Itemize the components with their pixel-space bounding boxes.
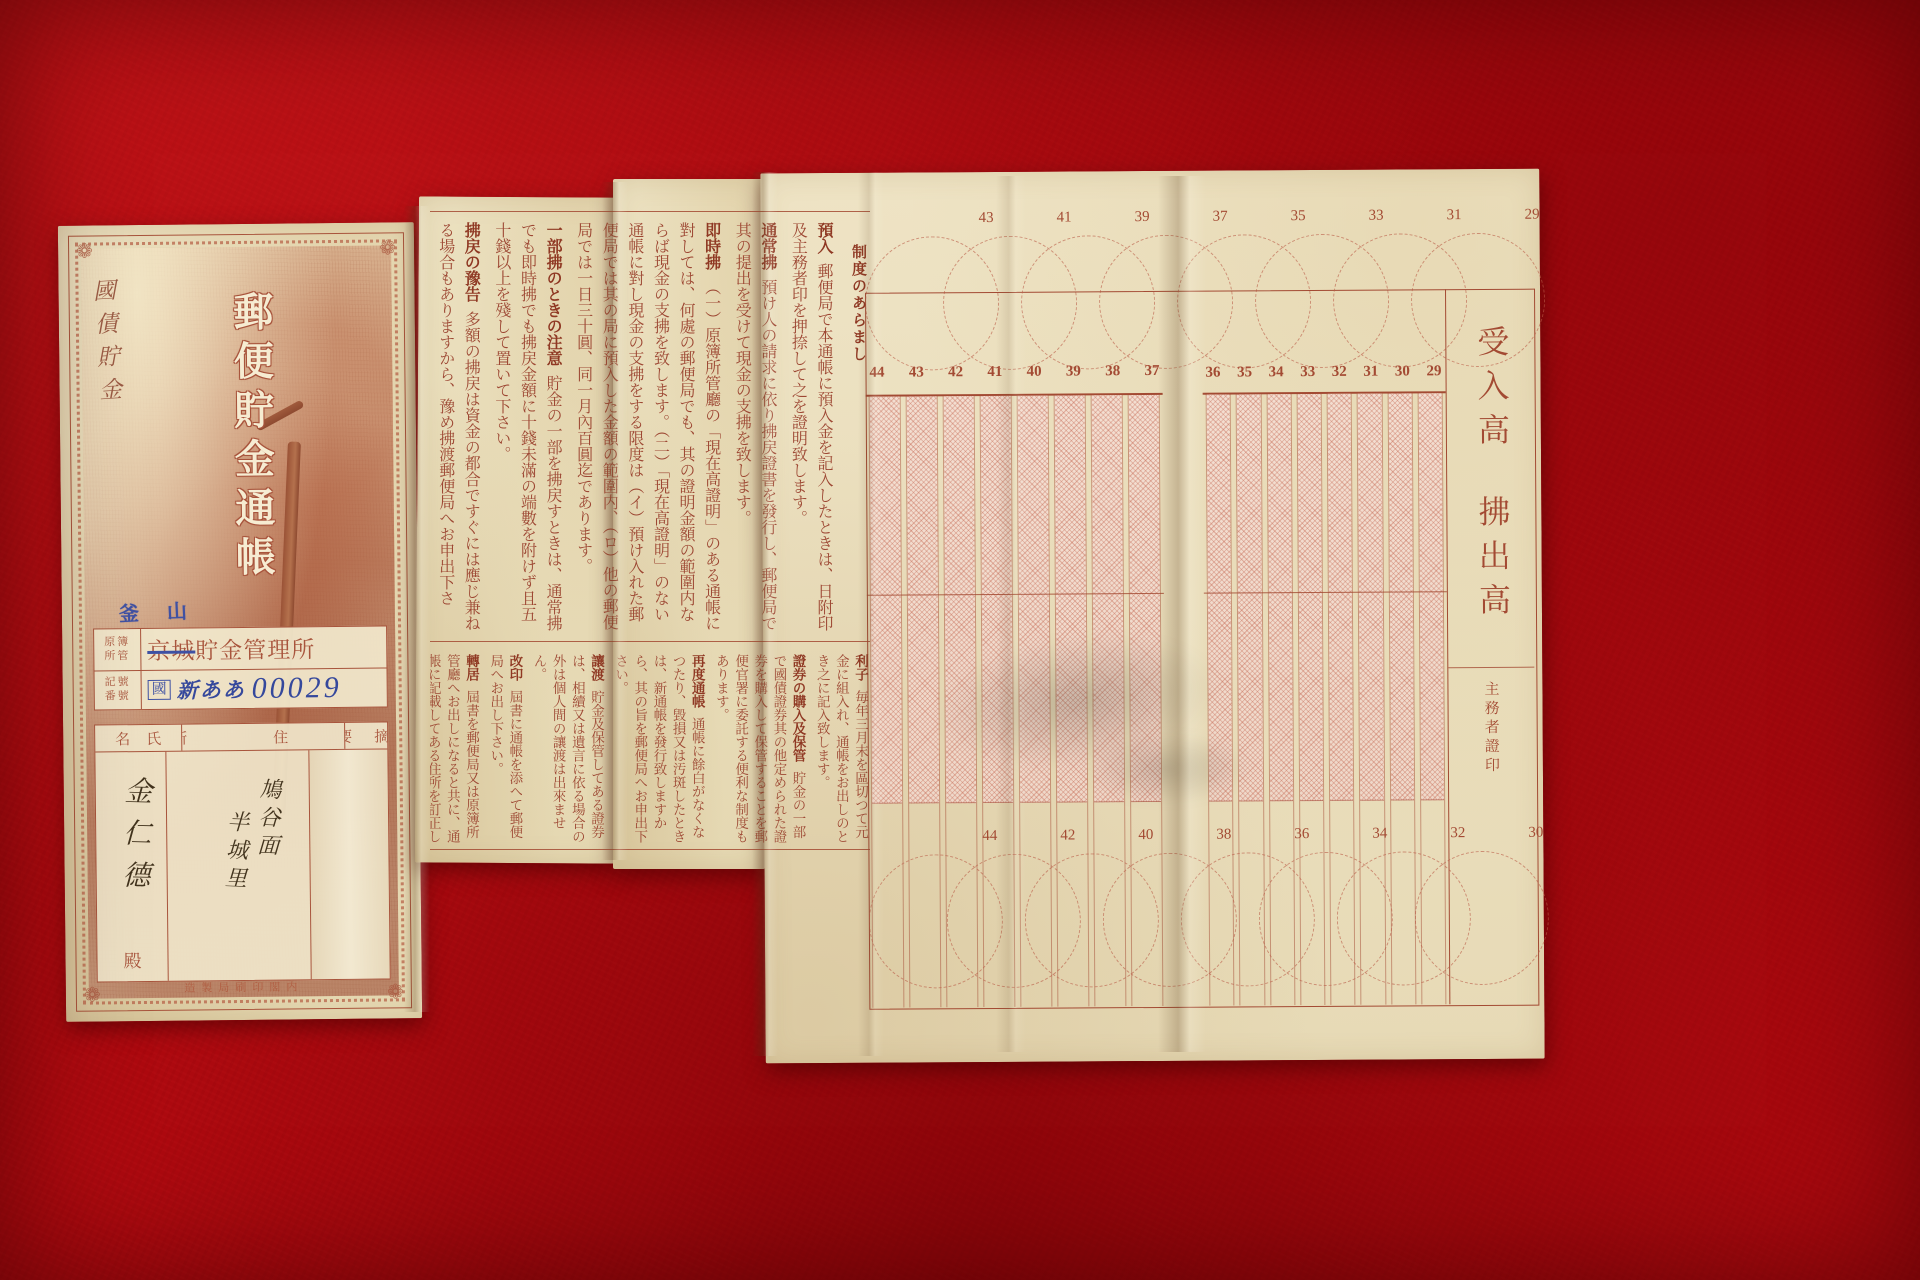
cover-title: 郵便貯金通帳 xyxy=(222,291,282,622)
label-divider xyxy=(1448,667,1534,669)
hatch-fill xyxy=(1388,393,1414,800)
registry-office-label: 原簿 所管 xyxy=(94,629,141,670)
hatch-fill xyxy=(944,396,976,803)
note-cell xyxy=(309,749,389,978)
hatch-fill xyxy=(1358,394,1384,801)
section-body: 貯金及保管してある證券は、相續又は遺言に依る場合の外は個人間の讓渡は出來ません。 xyxy=(532,654,604,843)
circle-number: 40 xyxy=(1138,827,1153,844)
section-heading: 讓渡 xyxy=(589,654,604,681)
section-heading: 通常拂 xyxy=(759,222,776,270)
section-heading: 改印 xyxy=(507,654,522,681)
circle-number: 41 xyxy=(1057,209,1072,226)
instructions-bottom-half: 利子毎年三月末を區切つて元金に組入れ、通帳をお出しのとき之に記入致します。 證券… xyxy=(430,654,870,846)
circle-number: 33 xyxy=(1369,208,1384,225)
instruction-sections-bottom: 利子毎年三月末を區切つて元金に組入れ、通帳をお出しのとき之に記入致します。 證券… xyxy=(430,654,870,846)
instruction-section: 通常拂預け人の請求に依り拂戻證書を發行し、郵便局で其の提出を受けて現金の支拂を致… xyxy=(729,222,780,634)
hatch-fill xyxy=(1055,395,1087,802)
instructions-header: 制度のあらまし xyxy=(846,222,870,634)
circle-number: 30 xyxy=(1528,825,1543,842)
cover-frame: ❁ ❁ ❁ ❁ 國債貯金 郵便貯金通帳 釜山 原簿 所管 京城貯金管理所 xyxy=(68,232,412,1011)
busan-stamp: 釜山 xyxy=(118,594,215,627)
hatch-fill xyxy=(1267,394,1293,801)
grid-sheet-panel: 4443424140393837 3635343332313029 受入高 拂出… xyxy=(760,169,1544,1064)
holder-table-header: 名氏 所住 要摘 xyxy=(95,722,387,752)
honorific-suffix: 殿 xyxy=(97,946,167,973)
section-heading: 轉居 xyxy=(464,654,479,681)
withdrawals-label: 拂出高 xyxy=(1469,495,1516,627)
section-heading: 利子 xyxy=(853,654,868,681)
instruction-section: 一部拂のときの注意貯金の一部を拂戻すときは、通常拂でも即時拂でも拂戻金額に十錢未… xyxy=(488,222,565,634)
stamp-circles-top: 43 41 39 37 35 33 31 29 xyxy=(865,233,1534,371)
circle-number: 43 xyxy=(979,210,994,227)
instruction-section: 證券の購入及保管貯金の一部で國債證券其の他定められた證券を購入して保管することを… xyxy=(712,654,808,846)
circle-number: 31 xyxy=(1447,207,1462,224)
circle-number: 37 xyxy=(1213,209,1228,226)
hatch-fill xyxy=(1418,393,1444,800)
hatch-fill xyxy=(907,396,939,803)
holder-table: 名氏 所住 要摘 金仁德 殿 鳩谷面 半城里 xyxy=(94,721,391,982)
hatch-fill xyxy=(1328,394,1354,801)
registry-box: 原簿 所管 京城貯金管理所 記號 番號 國 新ああ 00029 xyxy=(93,625,388,710)
section-body: （一）原簿所管廳の「現在高證明」のある通帳に對しては、何處の郵便局でも、其の證明… xyxy=(575,222,720,631)
section-heading: 即時拂 xyxy=(703,222,720,270)
serial-row: 記號 番號 國 新ああ 00029 xyxy=(95,667,387,709)
hatch-fill xyxy=(1297,394,1323,801)
circle-number: 34 xyxy=(1372,826,1387,843)
section-heading: 拂戻の豫告 xyxy=(462,222,479,302)
instruction-section: 讓渡貯金及保管してある證券は、相續又は遺言に依る場合の外は個人間の讓渡は出來ませ… xyxy=(529,654,606,846)
name-cell: 金仁德 殿 xyxy=(95,752,168,981)
circle-number: 32 xyxy=(1450,825,1465,842)
instructions-top-rule xyxy=(430,211,870,212)
section-heading: 預入 xyxy=(815,222,832,254)
kuni-stamp: 國 xyxy=(148,679,171,700)
officer-seal-label: 主務者證印 xyxy=(1480,681,1502,776)
instructions-top-half: 制度のあらまし 預入郵便局で本通帳に預入金を記入したときは、日附印及主務者印を押… xyxy=(430,222,870,634)
instruction-sections-top: 預入郵便局で本通帳に預入金を記入したときは、日附印及主務者印を押捺して之を證明致… xyxy=(430,222,836,634)
section-body: 屆書を郵便局又は原簿所管廳へお出しになると共に、通帳に記載してある住所を訂正して… xyxy=(430,654,479,843)
section-heading: 一部拂のときの注意 xyxy=(544,222,561,366)
stamp-circle: 29 xyxy=(1411,233,1546,368)
section-body: 屆書に通帳を添へて郵便局へお出し下さい。 xyxy=(488,654,522,839)
instructions-divider-rule xyxy=(430,641,870,642)
stamp-circles-bottom: 44 42 40 38 36 34 32 30 xyxy=(868,851,1537,989)
circle-number: 44 xyxy=(982,828,997,845)
address-cell: 鳩谷面 半城里 xyxy=(166,750,311,980)
circle-number: 38 xyxy=(1216,827,1231,844)
section-heading: 再度通帳 xyxy=(690,654,705,708)
hatch-fill xyxy=(1092,395,1124,802)
serial-label: 記號 番號 xyxy=(95,671,142,709)
registry-office-value: 京城貯金管理所 xyxy=(141,626,386,670)
corner-rosette-icon: ❁ xyxy=(379,238,396,258)
cover-panel: ❁ ❁ ❁ ❁ 國債貯金 郵便貯金通帳 釜山 原簿 所管 京城貯金管理所 xyxy=(58,222,422,1022)
instruction-section: 利子毎年三月末を區切つて元金に組入れ、通帳をお出しのとき之に記入致します。 xyxy=(813,654,870,846)
instruction-section: 預入郵便局で本通帳に預入金を記入したときは、日附印及主務者印を押捺して之を證明致… xyxy=(785,222,836,634)
holder-address: 鳩谷面 半城里 xyxy=(219,776,286,896)
instructions-bottom-rule xyxy=(430,849,870,850)
name-header-cell: 名氏 xyxy=(95,725,182,752)
circle-number: 39 xyxy=(1135,209,1150,226)
instruction-section: 再度通帳通帳に餘白がなくなつたり、毀損又は汚斑したときは、新通帳を發行致しますか… xyxy=(611,654,707,846)
section-body: 預け人の請求に依り拂戻證書を發行し、郵便局で其の提出を受けて現金の支拂を致します… xyxy=(733,222,776,631)
circle-number: 42 xyxy=(1060,827,1075,844)
hatch-fill xyxy=(1018,396,1050,803)
address-line-1: 鳩谷面 xyxy=(250,777,286,896)
holder-name: 金仁德 xyxy=(113,776,156,903)
instruction-section: 拂戻の豫告多額の拂戻は資金の都合ですぐには應じ兼ねる場合もありますから、豫め拂渡… xyxy=(430,222,483,634)
hatch-fill xyxy=(1237,394,1263,801)
instruction-section: 轉居屆書を郵便局又は原簿所管廳へお出しになると共に、通帳に記載してある住所を訂正… xyxy=(430,654,481,846)
serial-number: 00029 xyxy=(252,673,342,704)
address-line-2: 半城里 xyxy=(219,776,255,895)
serial-prefix: 新ああ xyxy=(177,674,246,705)
registry-office-row: 原簿 所管 京城貯金管理所 xyxy=(94,626,386,670)
struck-office-text: 京城 xyxy=(147,632,195,666)
note-header-cell: 要摘 xyxy=(345,722,387,748)
instruction-section: 改印屆書に通帳を添へて郵便局へお出し下さい。 xyxy=(486,654,524,846)
hatch-fill xyxy=(870,397,902,804)
address-header-cell: 所住 xyxy=(182,723,345,751)
section-body: 郵便局で本通帳に預入金を記入したときは、日附印及主務者印を押捺して之を證明致しま… xyxy=(789,222,832,631)
section-heading: 證券の購入及保管 xyxy=(791,654,806,762)
holder-table-body: 金仁德 殿 鳩谷面 半城里 xyxy=(95,749,389,981)
instruction-section: 即時拂（一）原簿所管廳の「現在高證明」のある通帳に對しては、何處の郵便局でも、其… xyxy=(570,222,724,634)
corner-rosette-icon: ❁ xyxy=(76,242,93,262)
serial-value: 國 新ああ 00029 xyxy=(142,668,387,709)
circle-number: 36 xyxy=(1294,826,1309,843)
hatch-fill xyxy=(1207,395,1233,802)
section-body: 毎年三月末を區切つて元金に組入れ、通帳をお出しのとき之に記入致します。 xyxy=(815,654,868,843)
hatch-fill xyxy=(1129,395,1161,802)
stamp-circle: 30 xyxy=(1414,851,1549,986)
photo-scene: ❁ ❁ ❁ ❁ 國債貯金 郵便貯金通帳 釜山 原簿 所管 京城貯金管理所 xyxy=(0,0,1920,1280)
circle-number: 29 xyxy=(1525,207,1540,224)
hatch-fill xyxy=(981,396,1013,803)
circle-number: 35 xyxy=(1291,208,1306,225)
